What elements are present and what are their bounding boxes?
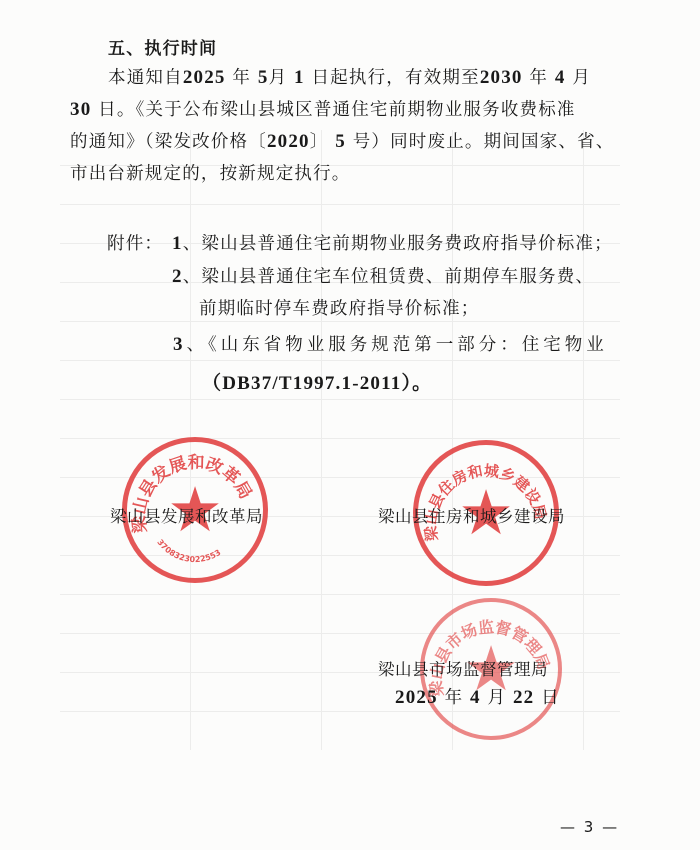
attachment-2-cont: 前期临时停车费政府指导价标准； xyxy=(199,295,480,320)
svg-text:梁山县住房和城乡建设局: 梁山县住房和城乡建设局 xyxy=(421,462,549,543)
body-line-2: 30 日。《关于公布梁山县城区普通住宅前期物业服务收费标准 xyxy=(70,96,576,121)
attachment-2: 2、梁山县普通住宅车位租赁费、前期停车服务费、 xyxy=(172,263,594,288)
body-line-1: 本通知自2025 年 5月 1 日起执行，有效期至2030 年 4 月 xyxy=(108,64,591,89)
issue-date: 2025 年 4 月 22 日 xyxy=(395,684,560,709)
page-number: — 3 — xyxy=(560,818,619,836)
signer-market-supervision: 梁山县市场监督管理局 xyxy=(378,656,548,680)
body-line-4: 市出台新规定的，按新规定执行。 xyxy=(70,160,351,185)
attachment-3: 3、《山东省物业服务规范第一部分：住宅物业 xyxy=(173,331,608,356)
attachment-1: 1、梁山县普通住宅前期物业服务费政府指导价标准； xyxy=(172,230,613,255)
signer-housing-construction: 梁山县住房和城乡建设局 xyxy=(378,503,565,527)
section-heading: 五、执行时间 xyxy=(108,34,217,59)
attachments-label: 附件： xyxy=(107,230,163,255)
signer-development-reform: 梁山县发展和改革局 xyxy=(110,503,263,527)
attachment-3-cont: （DB37/T1997.1-2011）。 xyxy=(202,368,432,395)
body-line-3: 的通知》（梁发改价格〔2020〕 5 号）同时废止。期间国家、省、 xyxy=(70,128,615,153)
svg-text:3708323022553: 3708323022553 xyxy=(155,538,222,564)
